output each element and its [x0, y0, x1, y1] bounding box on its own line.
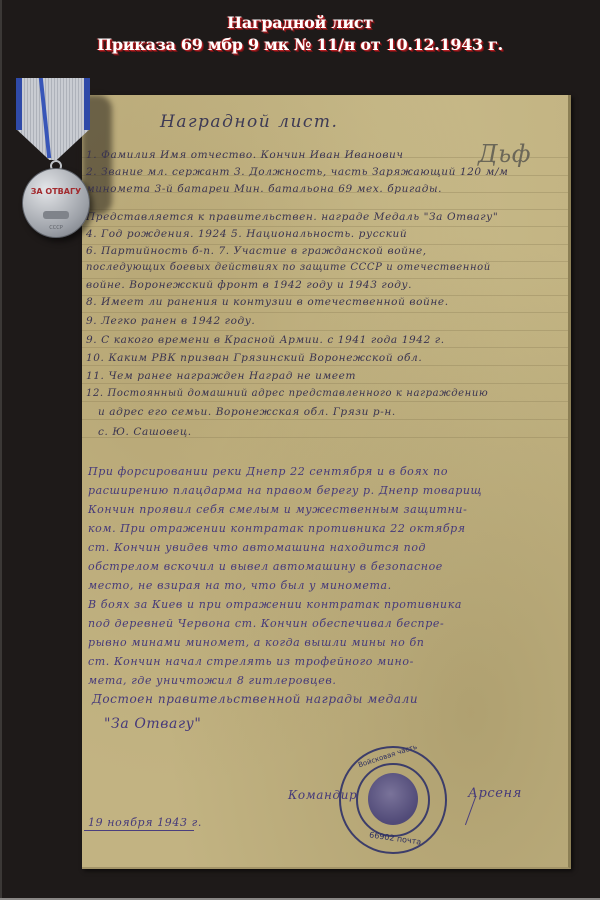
field-row: 8. Имеет ли ранения и контузии в отечест…	[86, 296, 449, 308]
field-row: и адрес его семьи. Воронежская обл. Гряз…	[98, 406, 396, 418]
field-row: 2. Звание мл. сержант 3. Должность, част…	[86, 166, 508, 178]
medal-for-courage-icon: ЗА ОТВАГУ СССР	[10, 78, 105, 248]
medal-inscription: ЗА ОТВАГУ	[23, 187, 89, 196]
date-underline	[84, 830, 194, 831]
ussr-emblem-icon	[368, 773, 418, 825]
field-row: миномета 3-й батареи Мин. батальона 69 м…	[86, 183, 442, 195]
medal-ribbon	[16, 78, 90, 160]
tank-icon	[43, 211, 69, 219]
frame-edge	[0, 0, 2, 900]
field-row: 4. Год рождения. 1924 5. Национальность.…	[86, 228, 407, 240]
page-header: Наградной лист Приказа 69 мбр 9 мк № 11/…	[0, 12, 600, 56]
field-row: 12. Постоянный домашний адрес представле…	[86, 388, 488, 399]
field-row: 10. Каким РВК призван Грязинский Воронеж…	[86, 352, 422, 364]
field-row: 1. Фамилия Имя отчество. Кончин Иван Ива…	[86, 149, 404, 161]
field-row: с. Ю. Сашовец.	[98, 426, 192, 438]
medal-country: СССР	[23, 225, 89, 231]
field-row: 6. Партийность б-п. 7. Участие в граждан…	[86, 245, 427, 257]
pencil-mark: Дьф	[478, 140, 531, 168]
page-subtitle: Приказа 69 мбр 9 мк № 11/н от 10.12.1943…	[0, 34, 600, 56]
document-heading: Наградной лист.	[160, 112, 338, 132]
medal-disc: ЗА ОТВАГУ СССР	[22, 168, 90, 238]
field-row: последующих боевых действиях по защите С…	[86, 262, 491, 273]
field-row: войне. Воронежский фронт в 1942 году и 1…	[86, 279, 412, 291]
field-row: 11. Чем ранее награжден Наград не имеет	[86, 370, 356, 382]
document-date: 19 ноября 1943 г.	[88, 816, 202, 829]
field-row: 9. С какого времени в Красной Армии. с 1…	[86, 334, 445, 346]
field-row: Представляется к правительствен. награде…	[86, 211, 498, 223]
field-row: 9. Легко ранен в 1942 году.	[86, 315, 255, 327]
official-stamp: Войсковая часть 66902 почта	[339, 746, 447, 854]
page-title: Наградной лист	[0, 12, 600, 34]
